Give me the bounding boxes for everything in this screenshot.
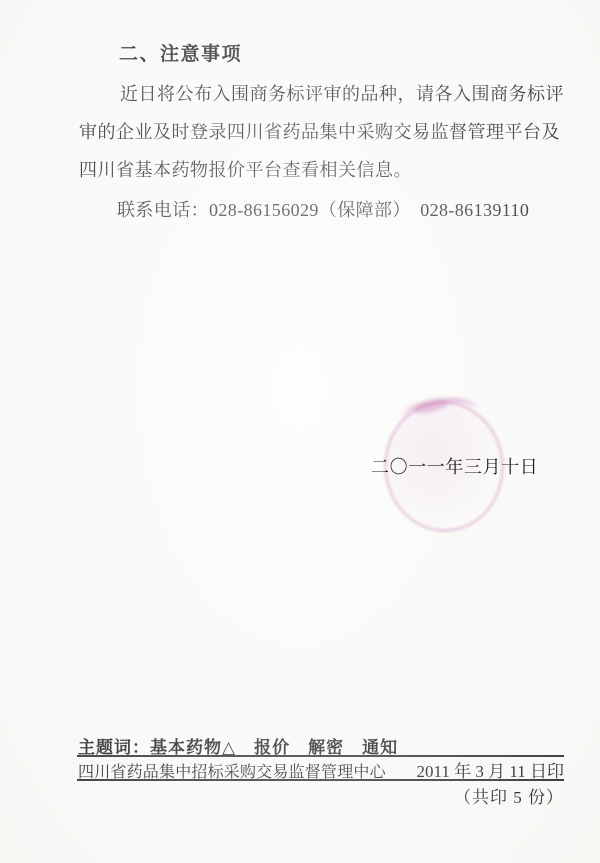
copies-count: （共印 5 份） [77, 783, 564, 808]
issue-date-line: 二〇一一年三月十日 [371, 453, 538, 479]
contact-phone-line: 联系电话：028-86156029（保障部） 028-86139110 [117, 196, 529, 222]
footer-divider-bottom [77, 779, 564, 781]
paragraph-line-1: 近日将公布入围商务标评审的品种，请各入围商务标评 [120, 80, 564, 106]
section-heading: 二、注意事项 [119, 39, 242, 66]
paragraph-line-2: 审的企业及时登录四川省药品集中采购交易监督管理平台及 [79, 118, 560, 144]
paragraph-line-3: 四川省基本药物报价平台查看相关信息。 [79, 156, 412, 182]
scanned-notice-page: 二、注意事项 近日将公布入围商务标评审的品种，请各入围商务标评 审的企业及时登录… [0, 0, 600, 863]
